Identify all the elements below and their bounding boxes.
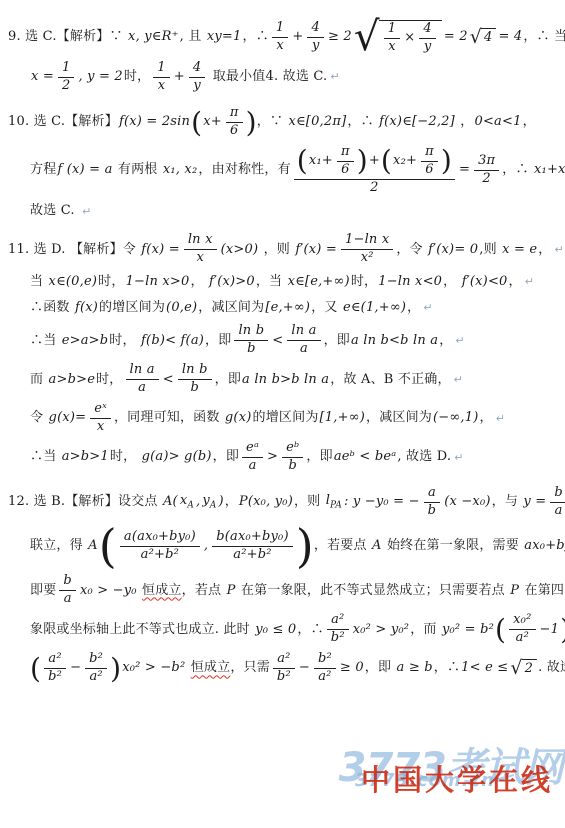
solution-line: (a²b²−b²a²)x₀² > −b² 恒成立，只需a²b²−b²a²≥ 0，… — [30, 652, 559, 685]
big-paren: ( — [191, 110, 202, 135]
math-run: , — [196, 494, 200, 510]
text-run: ， — [509, 274, 522, 290]
text-run: ， — [456, 114, 474, 130]
fraction-numerator: 4 — [419, 22, 435, 39]
watermark-site-name: 3773考试网 — [339, 736, 563, 793]
math-run: b² — [331, 631, 345, 646]
fraction-numerator: 1 — [58, 61, 74, 78]
fraction-numerator: 1 — [272, 21, 288, 38]
math-run: x = e — [502, 242, 537, 258]
math-run: (−∞,1) — [433, 410, 478, 426]
radicand: 1x×4y — [379, 20, 442, 55]
math-run: x∈[0,2π] — [288, 114, 346, 130]
math-run: y = — [523, 494, 546, 510]
math-run: < — [163, 372, 174, 388]
math-run: aeᵇ < beᵃ — [334, 449, 397, 465]
paragraph-return-mark: ↵ — [525, 275, 534, 289]
text-run: 的增区间为 — [99, 300, 165, 316]
fraction: eᵇb — [282, 441, 303, 474]
math-run: f′(x)<0 — [462, 274, 508, 290]
text-run: ，∴ — [297, 622, 323, 638]
fraction-denominator: a — [287, 341, 320, 357]
text-run: 令 — [30, 410, 48, 426]
text-run: ， — [439, 333, 452, 349]
text-run: 在第一象限，此不等式显然成立；只需要若点 — [237, 583, 510, 599]
fraction-denominator: y — [419, 39, 435, 55]
fraction-numerator: (x₁+π6)+(x₂+π6) — [294, 145, 455, 180]
math-run: < — [272, 333, 283, 349]
fraction-numerator: ln a — [126, 363, 159, 380]
math-run: 6 — [230, 124, 238, 139]
paragraph-return-mark: ↵ — [454, 451, 463, 465]
text-run: 即要 — [30, 583, 56, 599]
fraction-numerator: b — [59, 574, 76, 591]
fraction: (x₁+π6)+(x₂+π6)2 — [294, 145, 455, 196]
math-run: 2 — [525, 661, 533, 677]
fraction-denominator: 6 — [337, 162, 354, 178]
text-run: 时， — [109, 333, 140, 349]
text-run: ，又 — [311, 300, 342, 316]
math-run: × — [404, 30, 415, 46]
math-run: + — [174, 69, 185, 85]
math-run: 4 — [193, 61, 201, 76]
fraction: eˣx — [90, 402, 111, 435]
fraction: ln aa — [126, 363, 159, 396]
radicand: 4 — [481, 28, 496, 46]
text-run: 在第四 — [520, 583, 564, 599]
solution-line: 象限或坐标轴上此不等式也成立. 此时 y₀ ≤ 0，∴a²b²x₀² > y₀²… — [30, 613, 559, 646]
math-run: ln b — [238, 324, 264, 339]
text-run: ，而 — [410, 622, 441, 638]
document-page: 9. 选 C.【解析】∵ x, y∈R⁺, 且 xy=1，∴1x+4y≥ 2√1… — [0, 0, 565, 828]
math-run: a — [138, 381, 146, 396]
math-run: > — [267, 449, 278, 465]
math-run: lPA — [326, 493, 342, 512]
math-run: − — [299, 660, 310, 676]
text-run: ，则 — [259, 242, 294, 258]
math-run: 6 — [425, 163, 433, 178]
math-run: x — [196, 251, 204, 266]
math-run: = 2 — [444, 29, 468, 45]
math-run: a ≥ b — [397, 660, 433, 676]
big-paren: ) — [296, 525, 314, 569]
math-run: 1−ln x>0 — [126, 274, 190, 290]
fraction: a²b² — [44, 652, 66, 685]
math-run: P — [510, 583, 519, 599]
text-run: ，则 — [294, 494, 325, 510]
big-paren: ) — [357, 148, 368, 173]
text-run: ∴当 — [30, 449, 61, 465]
solution-line: ∴函数 f(x)的增区间为(0,e)，减区间为[e,+∞)，又 e∈(1,+∞)… — [30, 298, 559, 318]
math-run: e∈(1,+∞) — [343, 300, 406, 316]
text-run: ， — [225, 494, 238, 510]
math-run: a(ax₀+by₀) — [124, 530, 196, 545]
math-run: = — [459, 162, 470, 178]
fraction-numerator: ln b — [234, 324, 268, 341]
math-run: x₀ > −y₀ — [80, 583, 137, 599]
fraction-numerator: 4 — [189, 61, 205, 78]
text-run: 时， — [351, 274, 377, 290]
math-run: b² — [48, 670, 62, 685]
text-run: ，即 — [215, 372, 241, 388]
solution-line: 当 x∈(0,e)时，1−ln x>0， f′(x)>0，当 x∈[e,+∞)时… — [30, 272, 559, 292]
math-run: a — [64, 592, 72, 607]
fraction: 1x — [153, 61, 169, 94]
math-run: eˣ — [94, 402, 107, 417]
subscript: A — [210, 501, 217, 511]
math-run: f(x)∈[−2,2] — [379, 114, 455, 130]
math-run: π — [230, 106, 239, 121]
fraction-denominator: a² — [314, 669, 336, 685]
fraction: ln xx — [184, 233, 217, 266]
text-run: 11. 选 D. 【解析】令 — [8, 242, 140, 258]
solution-line: 令 g(x)=eˣx，同理可知，函数 g(x)的增区间为[1,+∞)，减区间为(… — [30, 402, 559, 435]
math-run: , — [204, 538, 208, 554]
text-run: 时， — [98, 274, 124, 290]
math-run: 1−ln x<0 — [378, 274, 442, 290]
fraction: 12 — [58, 61, 74, 94]
math-run: A — [88, 538, 98, 554]
text-run: 9. 选 C.【解析】∵ — [8, 29, 127, 45]
big-paren: ) — [246, 110, 257, 135]
fraction: ba — [59, 574, 76, 607]
fraction: 1x — [272, 21, 288, 54]
math-run: f(x) — [75, 300, 98, 316]
math-run: x² — [361, 251, 374, 266]
math-run: 6 — [341, 163, 349, 178]
math-run: f′(x)= 0 — [428, 242, 478, 258]
text-run: ，即 — [365, 660, 396, 676]
math-run: a ln b<b ln a — [351, 333, 438, 349]
math-run: eᵇ — [286, 441, 299, 456]
paragraph-return-mark: ↵ — [82, 205, 91, 219]
math-run: 2 — [370, 181, 378, 196]
text-run: ∴当 — [30, 333, 61, 349]
text-run: ，∵ — [257, 114, 288, 130]
text-run: 时， — [124, 69, 150, 85]
math-run: ax₀+by₀ > 0 — [524, 538, 565, 554]
math-run: b² — [318, 652, 332, 667]
math-run: f′(x) = — [295, 242, 337, 258]
math-run: a — [428, 486, 436, 501]
fraction-denominator: x — [384, 39, 400, 55]
watermark-overlay-text: 中国大学在线 — [361, 758, 553, 799]
solution-line: 11. 选 D. 【解析】令 f(x) =ln xx(x>0) ，则 f′(x)… — [8, 233, 559, 266]
math-run: [e,+∞) — [265, 300, 310, 316]
math-run: f(b)< f(a) — [141, 333, 204, 349]
watermark-site-url: 3773.com.cn — [355, 770, 495, 791]
math-run: 4 — [484, 30, 492, 46]
text-run: ，即 — [324, 333, 350, 349]
square-root: √4 — [470, 28, 497, 46]
text-run: ， — [407, 300, 420, 316]
text-run: ∴函数 — [30, 300, 74, 316]
text-run: ，即 — [306, 449, 332, 465]
math-run: x₀² > −b² — [122, 660, 185, 676]
math-run: g(a)> g(b) — [142, 449, 212, 465]
paragraph-return-mark: ↵ — [455, 334, 464, 348]
text-run: ，∴ — [243, 29, 269, 45]
fraction-numerator: eᵃ — [242, 441, 263, 458]
fraction-denominator: x — [90, 419, 111, 435]
math-run: f(x) = 2sin — [119, 114, 190, 130]
math-run: π — [425, 145, 434, 160]
math-run: yA — [202, 493, 216, 512]
paragraph-return-mark: ↵ — [454, 373, 463, 387]
math-run: x — [276, 39, 284, 54]
text-run: 象限或坐标轴上此不等式也成立. 此时 — [30, 622, 254, 638]
math-run: a² — [89, 670, 102, 685]
solution-line: 而 a>b>e时，ln aa<ln bb，即a ln b>b ln a，故 A、… — [30, 363, 559, 396]
fraction-numerator: ln a — [287, 324, 320, 341]
math-run: + — [369, 154, 380, 169]
solution-line: 故选 C. ↵ — [30, 201, 559, 221]
big-paren: ) — [110, 656, 121, 681]
math-run: 4 — [311, 21, 319, 36]
fraction: 4y — [307, 21, 323, 54]
math-run: a ln b>b ln a — [242, 372, 329, 388]
math-run: a>b>1 — [62, 449, 109, 465]
math-run: 1−ln x — [345, 233, 389, 248]
fraction-denominator: 6 — [421, 162, 438, 178]
solution-line: 方程f (x) = a 有两根 x₁, x₂，由对称性，有(x₁+π6)+(x₂… — [30, 145, 559, 196]
text-run: 有两根 — [114, 162, 162, 178]
big-paren: ) — [441, 148, 452, 173]
math-run: xA — [180, 493, 194, 512]
fraction: 3π2 — [474, 154, 499, 187]
math-run: (x −x₀) — [444, 494, 490, 510]
math-run: x∈[e,+∞) — [288, 274, 350, 290]
math-run: (x>0) — [221, 242, 259, 258]
paragraph-return-mark: ↵ — [330, 70, 339, 84]
fraction: b²a² — [85, 652, 107, 685]
math-run: 1 — [276, 21, 284, 36]
fraction: 4y — [189, 61, 205, 94]
fraction-denominator: a² — [509, 630, 535, 646]
spellcheck-underlined-text: 恒成立 — [191, 660, 231, 676]
fraction-numerator: 3π — [474, 154, 499, 171]
fraction-numerator: π — [337, 145, 354, 162]
math-run: a²+b² — [141, 548, 179, 563]
square-root: √1x×4y — [354, 20, 442, 55]
math-run: x — [158, 79, 166, 94]
text-run: 而 — [30, 372, 48, 388]
text-run: ，∴ — [434, 660, 460, 676]
math-run: ln a — [130, 363, 155, 378]
math-run: ln x — [188, 233, 213, 248]
math-run: a — [555, 504, 563, 519]
text-run: 取最小值4. 故选 C. — [208, 69, 327, 85]
text-run: ,则 — [479, 242, 501, 258]
text-run: ，∴ 当且仅当 — [523, 29, 565, 45]
big-paren: ( — [495, 617, 506, 642]
math-run: 2 — [62, 79, 70, 94]
solution-line: ∴当 e>a>b时， f(b)< f(a)，即ln bb<ln aa，即a ln… — [30, 324, 559, 357]
big-paren: ) — [560, 617, 565, 642]
solution-line: 9. 选 C.【解析】∵ x, y∈R⁺, 且 xy=1，∴1x+4y≥ 2√1… — [8, 20, 559, 55]
solution-line: 12. 选 B.【解析】设交点 A(xA,yA)，P(x₀, y₀)，则 lPA… — [8, 486, 559, 519]
math-run: y₀ ≤ 0 — [255, 622, 296, 638]
fraction-denominator: b² — [44, 669, 66, 685]
math-run: 1 — [157, 61, 165, 76]
math-run: 1 — [62, 61, 70, 76]
text-run: ，由对称性，有 — [198, 162, 290, 178]
text-run: . 故选 B. — [538, 660, 565, 676]
math-run: xy=1 — [207, 29, 242, 45]
text-run: ，若点 — [182, 583, 226, 599]
fraction-numerator: π — [421, 145, 438, 162]
fraction-denominator: a²+b² — [120, 547, 200, 563]
fraction: π6 — [337, 145, 354, 178]
math-run: g(x)= — [49, 410, 87, 426]
fraction: π6 — [226, 106, 243, 139]
text-run: ，与 — [492, 494, 523, 510]
math-run: A — [372, 538, 382, 554]
math-run: π — [341, 145, 350, 160]
math-run: ln a — [291, 324, 316, 339]
fraction-numerator: b(ax₀+by₀) — [212, 530, 293, 547]
math-run: x₀² > y₀² — [353, 622, 409, 638]
fraction-numerator: b² — [85, 652, 107, 669]
fraction-numerator: b² — [314, 652, 336, 669]
math-run: b — [247, 342, 256, 357]
fraction-denominator: x — [272, 38, 288, 54]
fraction: π6 — [421, 145, 438, 178]
text-run: 的增区间为 — [253, 410, 319, 426]
text-run: ，∴ — [502, 162, 533, 178]
math-run: − — [70, 660, 81, 676]
big-paren: ( — [297, 148, 308, 173]
math-run: a — [249, 459, 257, 474]
fraction: ln bb — [234, 324, 268, 357]
text-run: ，即 — [205, 333, 231, 349]
math-run: A( — [163, 494, 178, 510]
fraction: b²a² — [314, 652, 336, 685]
solution-line: x =12, y = 2时，1x+4y 取最小值4. 故选 C.↵ — [30, 61, 559, 94]
text-run: ， — [523, 114, 536, 130]
text-run: , 且 — [180, 29, 206, 45]
fraction: a(ax₀+by₀)a²+b² — [120, 530, 200, 563]
fraction-numerator: a² — [44, 652, 66, 669]
big-paren: ( — [381, 148, 392, 173]
fraction-numerator: 1 — [153, 61, 169, 78]
fraction: b(ax₀+by₀)a²+b² — [212, 530, 293, 563]
fraction-denominator: b — [178, 380, 212, 396]
paragraph-return-mark: ↵ — [496, 412, 505, 426]
math-run: −1 — [540, 622, 560, 638]
math-run: e>a>b — [62, 333, 109, 349]
fraction-denominator: a² — [85, 669, 107, 685]
fraction-numerator: b — [550, 486, 565, 503]
fraction-denominator: 2 — [474, 171, 499, 187]
math-run: y — [193, 79, 201, 94]
radical-sign: √ — [354, 26, 380, 48]
math-run: b — [190, 381, 199, 396]
fraction-numerator: x₀² — [509, 613, 535, 630]
text-run: 时， — [96, 372, 122, 388]
fraction-numerator: eˣ — [90, 402, 111, 419]
math-run: b² — [89, 652, 103, 667]
math-run: x+ — [203, 114, 222, 130]
math-run: 1 — [388, 22, 396, 37]
document-content: 9. 选 C.【解析】∵ x, y∈R⁺, 且 xy=1，∴1x+4y≥ 2√1… — [0, 0, 565, 685]
fraction-denominator: y — [307, 38, 323, 54]
fraction-numerator: a(ax₀+by₀) — [120, 530, 200, 547]
math-run: a²+b² — [233, 548, 271, 563]
math-run: P(x₀, y₀) — [239, 494, 293, 510]
fraction-denominator: 2 — [58, 78, 74, 94]
text-run: ，故 A、B 不正确， — [330, 372, 450, 388]
math-run: [1,+∞) — [320, 410, 365, 426]
text-run: ，令 — [396, 242, 427, 258]
radicand: 2 — [522, 659, 537, 677]
math-run: x₁, x₂ — [163, 162, 198, 178]
math-run: P — [227, 583, 236, 599]
math-run: y₀² = b² — [442, 622, 494, 638]
fraction-denominator: x — [153, 78, 169, 94]
fraction: eᵃa — [242, 441, 263, 474]
solution-line: ∴当 a>b>1时， g(a)> g(b)，即eᵃa>eᵇb，即aeᵇ < be… — [30, 441, 559, 474]
fraction-denominator: y — [189, 78, 205, 94]
solution-line: 即要bax₀ > −y₀ 恒成立，若点 P 在第一象限，此不等式显然成立；只需要… — [30, 574, 559, 607]
text-run: ，同理可知，函数 — [114, 410, 224, 426]
fraction-denominator: b — [234, 341, 268, 357]
fraction-numerator: a² — [273, 652, 295, 669]
math-run: x₁+ — [309, 154, 333, 169]
math-run: 1< e ≤ — [461, 660, 508, 676]
text-run: ，当 — [256, 274, 287, 290]
subscript: PA — [330, 501, 342, 511]
subscript: A — [187, 501, 194, 511]
math-run: x = — [31, 69, 54, 85]
paragraph-return-mark: ↵ — [423, 301, 432, 315]
math-run: : y −y₀ = − — [344, 494, 420, 510]
math-run: y — [424, 40, 432, 55]
fraction-numerator: π — [226, 106, 243, 123]
math-run: b² — [277, 670, 291, 685]
text-run: ， — [190, 274, 208, 290]
math-run: 2 — [482, 172, 490, 187]
text-run: 故选 C. — [30, 203, 79, 219]
math-run: f′(x)>0 — [209, 274, 255, 290]
fraction-denominator: b² — [273, 669, 295, 685]
fraction: 1x — [384, 22, 400, 55]
math-run: a — [300, 342, 308, 357]
text-run: ， — [443, 274, 461, 290]
math-run: x₁+x₂ = — [534, 162, 565, 178]
math-run: b(ax₀+by₀) — [216, 530, 289, 545]
fraction-denominator: b — [282, 458, 303, 474]
text-run: ，只需 — [230, 660, 270, 676]
fraction-denominator: b — [424, 503, 441, 519]
math-run: b — [289, 459, 298, 474]
text-run: ，即 — [213, 449, 239, 465]
math-run: y — [312, 39, 320, 54]
fraction-denominator: b² — [327, 630, 349, 646]
math-run: x — [388, 40, 396, 55]
math-run: (0,e) — [166, 300, 197, 316]
math-run: ln b — [182, 363, 208, 378]
text-run: 联立，得 — [30, 538, 87, 554]
fraction: ln aa — [287, 324, 320, 357]
math-run: b — [63, 574, 72, 589]
fraction-denominator: a — [59, 591, 76, 607]
fraction: a²b² — [273, 652, 295, 685]
math-run: a² — [277, 652, 290, 667]
fraction-numerator: 1 — [384, 22, 400, 39]
fraction-denominator: x — [184, 250, 217, 266]
math-run: ≥ 2 — [328, 29, 352, 45]
